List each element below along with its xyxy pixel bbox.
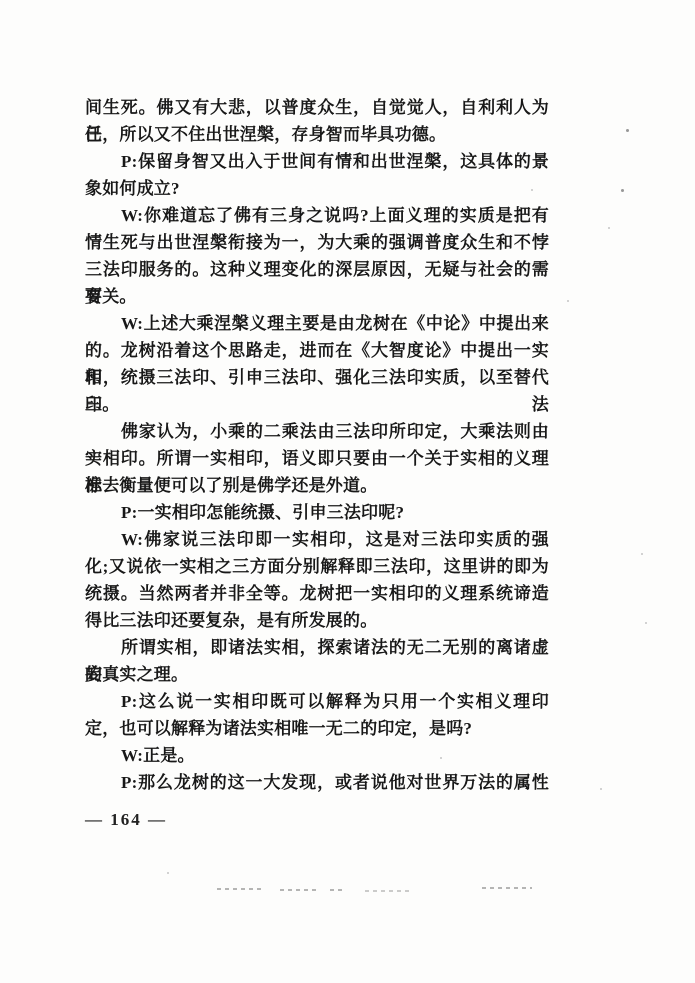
text-line: 间生死。佛又有大悲，以普度众生，自觉觉人，自利利人为己 xyxy=(85,94,549,121)
text-line: P:这么说一实相印既可以解释为只用一个实相义理印 xyxy=(85,688,549,715)
text-line: 佛家认为，小乘的二乘法由三法印所印定，大乘法则由一 xyxy=(85,418,549,445)
page-text-block: 间生死。佛又有大悲，以普度众生，自觉觉人，自利利人为己 任，所以又不住出世涅槃，… xyxy=(85,94,549,833)
text-line: 情生死与出世涅槃衔接为一，为大乘的强调普度众生和不悖 xyxy=(85,229,549,256)
text-line: 定，也可以解释为诸法实相唯一无二的印定，是吗? xyxy=(85,715,549,742)
text-line: W:佛家说三法印即一实相印，这是对三法印实质的强 xyxy=(85,526,549,553)
text-line: W:你难道忘了佛有三身之说吗?上面义理的实质是把有 xyxy=(85,202,549,229)
scan-smudge xyxy=(217,888,263,890)
scan-smudge xyxy=(365,890,411,892)
text-line: P:保留身智又出入于世间有情和出世涅槃，这具体的景 xyxy=(85,148,549,175)
text-line: 得比三法印还要复杂，是有所发展的。 xyxy=(85,607,549,634)
scan-smudge xyxy=(280,889,318,891)
text-line: 任，所以又不住出世涅槃，存身智而毕具功德。 xyxy=(85,121,549,148)
scan-speck xyxy=(531,189,533,191)
scan-speck xyxy=(641,553,643,555)
text-line: 三法印服务的。这种义理变化的深层原因，无疑与社会的需要 xyxy=(85,256,549,283)
scan-speck xyxy=(626,129,629,132)
scanned-book-page: 间生死。佛又有大悲，以普度众生，自觉觉人，自利利人为己 任，所以又不住出世涅槃，… xyxy=(0,0,695,983)
scan-speck xyxy=(440,757,442,759)
text-line: 化;又说依一实相之三方面分别解释即三法印，这里讲的即为 xyxy=(85,553,549,580)
text-line: W:上述大乘涅槃义理主要是由龙树在《中论》中提出来 xyxy=(85,310,549,337)
scan-speck xyxy=(167,872,169,874)
scan-speck xyxy=(608,227,610,229)
scan-speck xyxy=(567,300,569,302)
text-line: 统摄。当然两者并非全等。龙树把一实相印的义理系统谛造 xyxy=(85,580,549,607)
text-line: 实相印。所谓一实相印，语义即只要由一个关于实相的义理标 xyxy=(85,445,549,472)
text-line: W:正是。 xyxy=(85,742,549,769)
scan-speck xyxy=(645,622,647,624)
text-line: 的真实之理。 xyxy=(85,661,549,688)
text-line: 印，统摄三法印、引申三法印、强化三法印实质，以至替代三法 xyxy=(85,364,549,391)
scan-smudge xyxy=(330,889,344,891)
page-number: — 164 — xyxy=(85,806,549,833)
scan-smudge xyxy=(482,887,532,889)
text-line: 的。龙树沿着这个思路走，进而在《大智度论》中提出一实相 xyxy=(85,337,549,364)
scan-speck xyxy=(621,189,624,192)
scan-speck xyxy=(600,788,602,790)
text-line: 准去衡量便可以了别是佛学还是外道。 xyxy=(85,472,549,499)
text-line: P:一实相印怎能统摄、引申三法印呢? xyxy=(85,499,549,526)
text-line: 象如何成立? xyxy=(85,175,549,202)
text-line: 有关。 xyxy=(85,283,549,310)
text-line: P:那么龙树的这一大发现，或者说他对世界万法的属性 xyxy=(85,769,549,796)
text-line: 所谓实相，即诸法实相，探索诸法的无二无别的离诸虚妄 xyxy=(85,634,549,661)
